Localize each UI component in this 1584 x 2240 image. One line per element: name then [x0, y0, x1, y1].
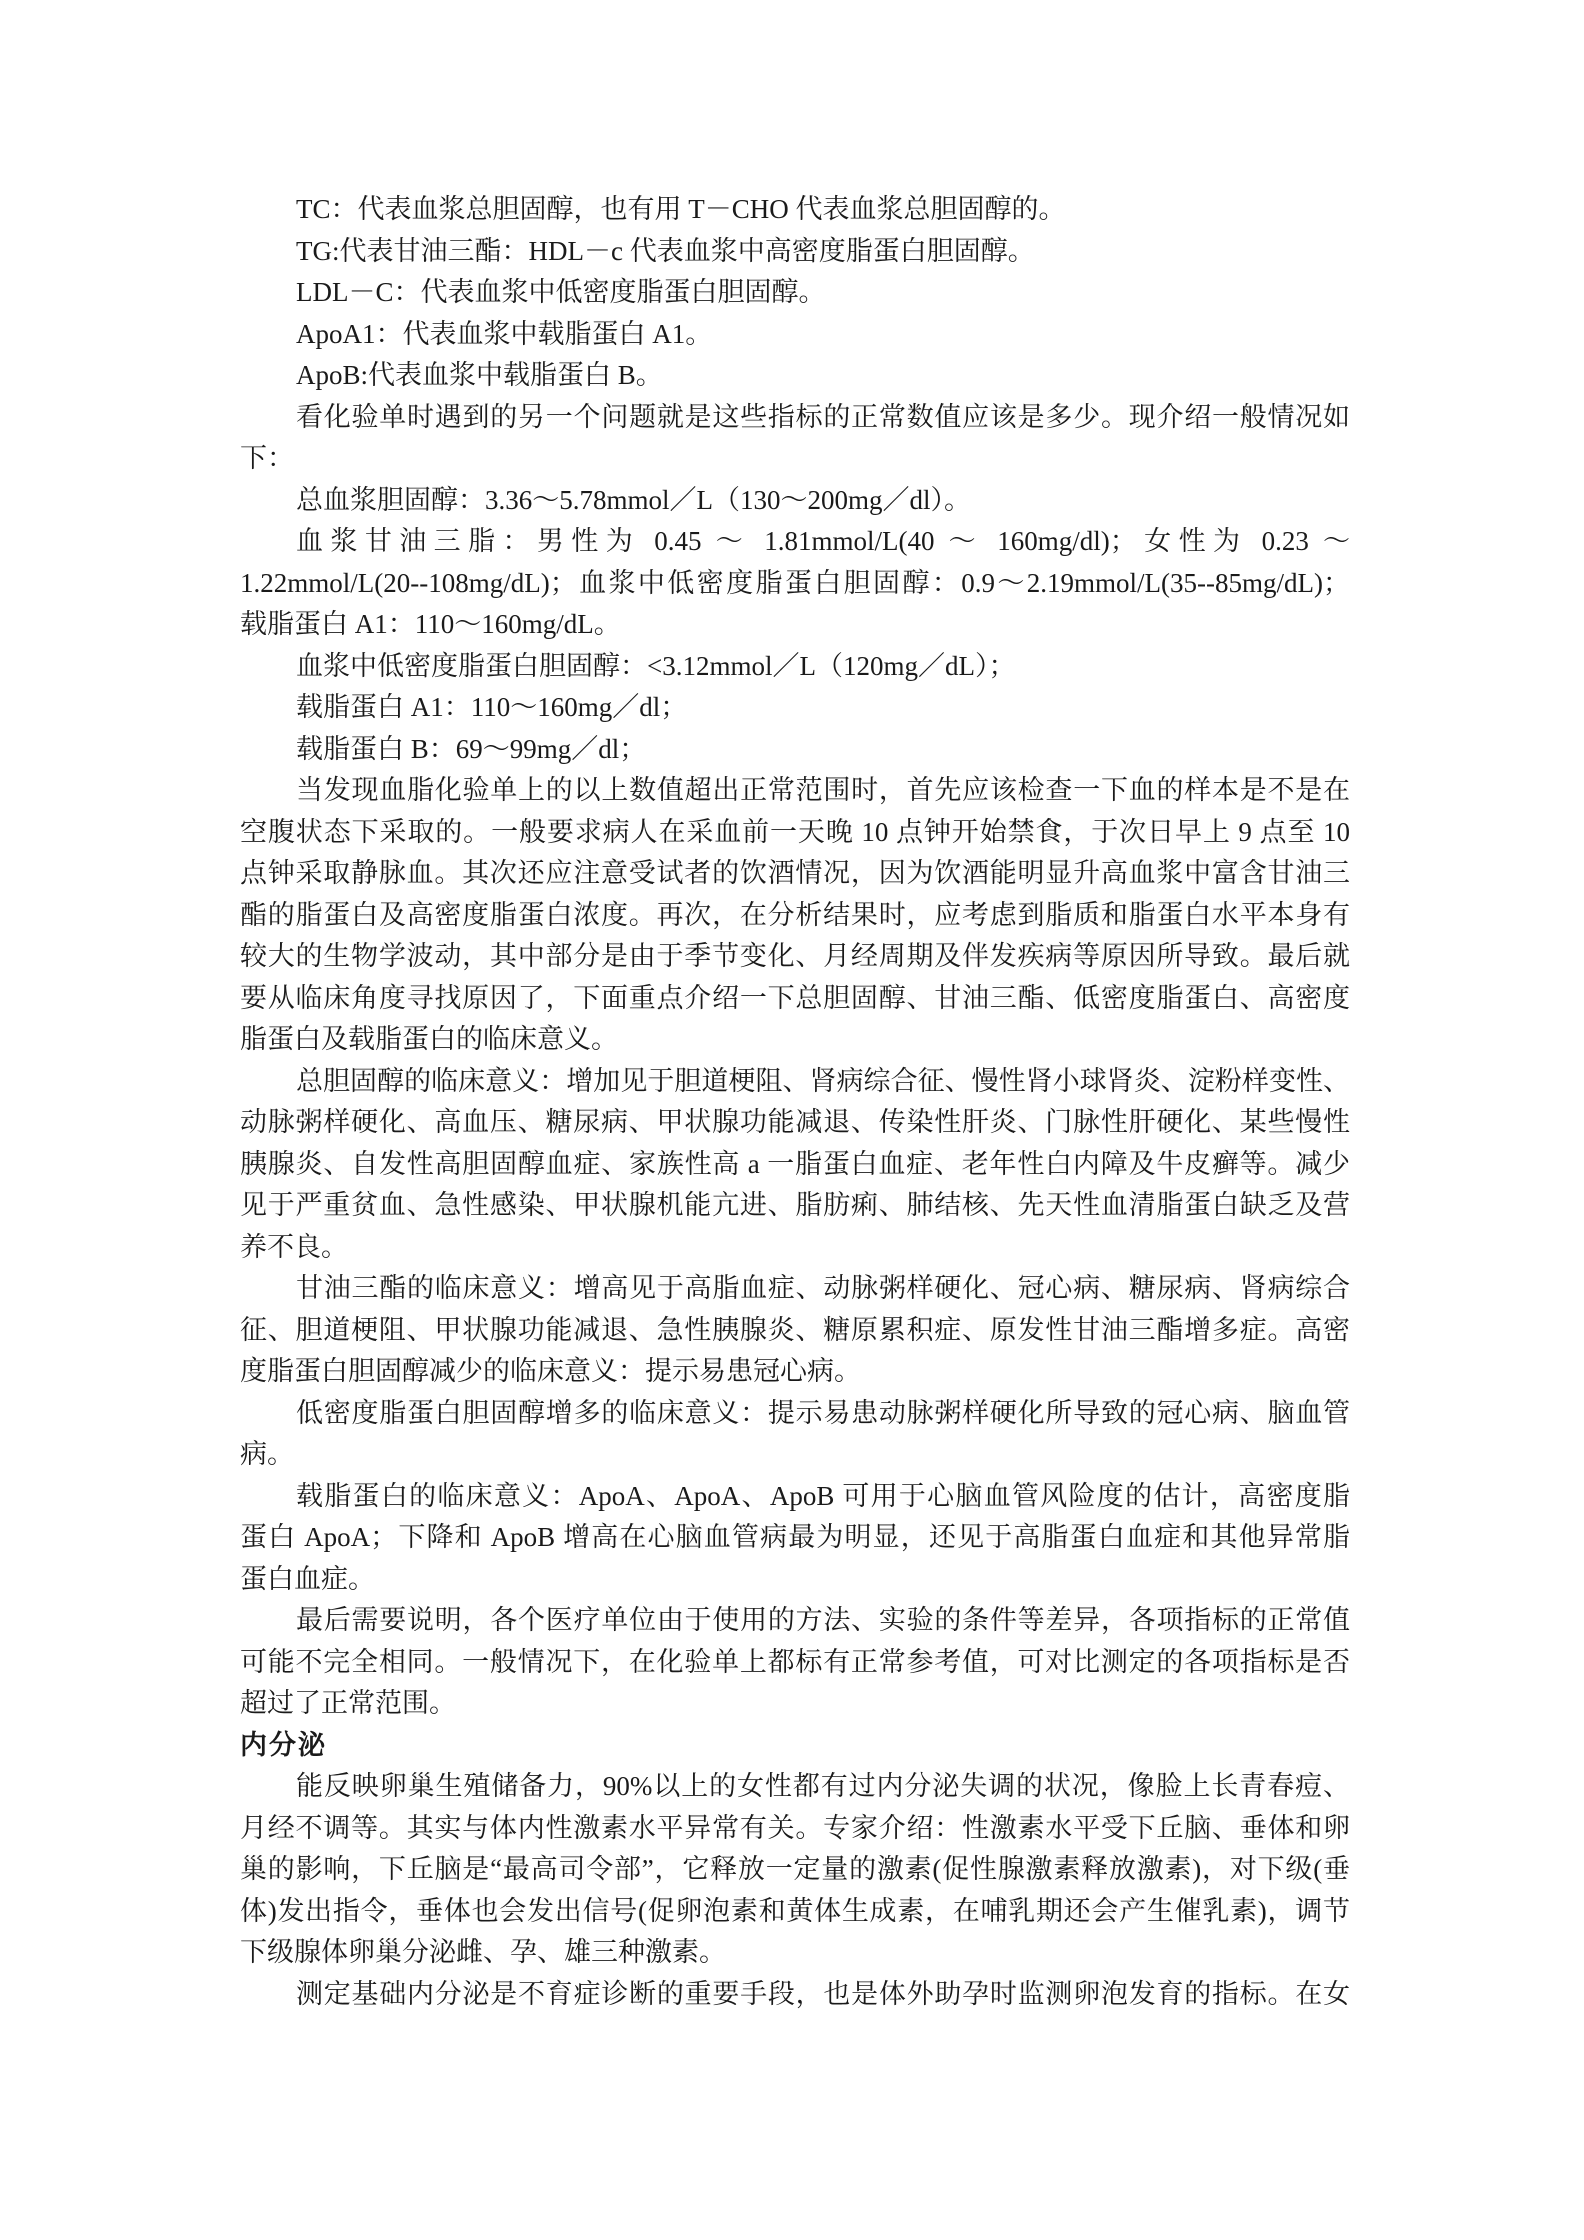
- text-line: 看化验单时遇到的另一个问题就是这些指标的正常数值应该是多少。现介绍一般情况如: [240, 397, 1350, 439]
- text-line: 可能不完全相同。一般情况下，在化验单上都标有正常参考值，可对比测定的各项指标是否: [240, 1642, 1350, 1684]
- text-line: 蛋白血症。: [240, 1559, 1350, 1601]
- text-line: ApoB:代表血浆中载脂蛋白 B。: [240, 355, 1350, 397]
- text-line: 巢的影响，下丘脑是“最高司令部”，它释放一定量的激素(促性腺激素释放激素)，对下…: [240, 1849, 1350, 1891]
- text-line: 病。: [240, 1434, 1350, 1476]
- text-line: TG:代表甘油三酯：HDL－c 代表血浆中高密度脂蛋白胆固醇。: [240, 231, 1350, 273]
- text-line: 度脂蛋白胆固醇减少的临床意义：提示易患冠心病。: [240, 1351, 1350, 1393]
- text-line: 见于严重贫血、急性感染、甲状腺机能亢进、脂肪痢、肺结核、先天性血清脂蛋白缺乏及营: [240, 1185, 1350, 1227]
- text-line: 能反映卵巢生殖储备力，90%以上的女性都有过内分泌失调的状况，像脸上长青春痘、: [240, 1766, 1350, 1808]
- text-line: 当发现血脂化验单上的以上数值超出正常范围时，首先应该检查一下血的样本是不是在: [240, 770, 1350, 812]
- text-line: 1.22mmol/L(20--108mg/dL)；血浆中低密度脂蛋白胆固醇：0.…: [240, 563, 1350, 605]
- text-line: 胰腺炎、自发性高胆固醇血症、家族性高 a 一脂蛋白血症、老年性白内障及牛皮癣等。…: [240, 1144, 1350, 1186]
- document-page: TC：代表血浆总胆固醇，也有用 T－CHO 代表血浆总胆固醇的。 TG:代表甘油…: [0, 0, 1584, 2240]
- text-line: 较大的生物学波动，其中部分是由于季节变化、月经周期及伴发疾病等原因所导致。最后就: [240, 936, 1350, 978]
- text-line: 甘油三酯的临床意义：增高见于高脂血症、动脉粥样硬化、冠心病、糖尿病、肾病综合: [240, 1268, 1350, 1310]
- text-line: 超过了正常范围。: [240, 1683, 1350, 1725]
- text-line: 血浆甘油三脂：男性为 0.45 ～ 1.81mmol/L(40 ～ 160mg/…: [240, 521, 1350, 563]
- text-line: 最后需要说明，各个医疗单位由于使用的方法、实验的条件等差异，各项指标的正常值: [240, 1600, 1350, 1642]
- text-line: 蛋白 ApoA；下降和 ApoB 增高在心脑血管病最为明显，还见于高脂蛋白血症和…: [240, 1517, 1350, 1559]
- text-line: 养不良。: [240, 1227, 1350, 1269]
- text-line: 总血浆胆固醇：3.36～5.78mmol／L（130～200mg／dl）。: [240, 480, 1350, 522]
- text-line: 下：: [240, 438, 1350, 480]
- text-line: 酯的脂蛋白及高密度脂蛋白浓度。再次，在分析结果时，应考虑到脂质和脂蛋白水平本身有: [240, 895, 1350, 937]
- text-line: 测定基础内分泌是不育症诊断的重要手段，也是体外助孕时监测卵泡发育的指标。在女: [240, 1974, 1350, 2016]
- text-line: 点钟采取静脉血。其次还应注意受试者的饮酒情况，因为饮酒能明显升高血浆中富含甘油三: [240, 853, 1350, 895]
- text-line: 月经不调等。其实与体内性激素水平异常有关。专家介绍：性激素水平受下丘脑、垂体和卵: [240, 1808, 1350, 1850]
- document-text-block: TC：代表血浆总胆固醇，也有用 T－CHO 代表血浆总胆固醇的。 TG:代表甘油…: [240, 189, 1350, 2015]
- text-line: TC：代表血浆总胆固醇，也有用 T－CHO 代表血浆总胆固醇的。: [240, 189, 1350, 231]
- text-line: 脂蛋白及载脂蛋白的临床意义。: [240, 1019, 1350, 1061]
- text-line: LDL－C：代表血浆中低密度脂蛋白胆固醇。: [240, 272, 1350, 314]
- text-line: 体)发出指令，垂体也会发出信号(促卵泡素和黄体生成素，在哺乳期还会产生催乳素)，…: [240, 1891, 1350, 1933]
- text-line: 低密度脂蛋白胆固醇增多的临床意义：提示易患动脉粥样硬化所导致的冠心病、脑血管: [240, 1393, 1350, 1435]
- text-line: 空腹状态下采取的。一般要求病人在采血前一天晚 10 点钟开始禁食，于次日早上 9…: [240, 812, 1350, 854]
- text-line: 下级腺体卵巢分泌雌、孕、雄三种激素。: [240, 1932, 1350, 1974]
- text-line: 载脂蛋白 B：69～99mg／dl；: [240, 729, 1350, 771]
- section-heading-endocrine: 内分泌: [240, 1725, 1350, 1767]
- text-line: 征、胆道梗阻、甲状腺功能减退、急性胰腺炎、糖原累积症、原发性甘油三酯增多症。高密: [240, 1310, 1350, 1352]
- text-line: 动脉粥样硬化、高血压、糖尿病、甲状腺功能减退、传染性肝炎、门脉性肝硬化、某些慢性: [240, 1102, 1350, 1144]
- text-line: 载脂蛋白 A1：110～160mg／dl；: [240, 687, 1350, 729]
- text-line: 总胆固醇的临床意义：增加见于胆道梗阻、肾病综合征、慢性肾小球肾炎、淀粉样变性、: [240, 1061, 1350, 1103]
- text-line: 要从临床角度寻找原因了，下面重点介绍一下总胆固醇、甘油三酯、低密度脂蛋白、高密度: [240, 978, 1350, 1020]
- text-line: 血浆中低密度脂蛋白胆固醇：<3.12mmol／L（120mg／dL）；: [240, 646, 1350, 688]
- text-line: 载脂蛋白的临床意义：ApoA、ApoA、ApoB 可用于心脑血管风险度的估计，高…: [240, 1476, 1350, 1518]
- text-line: ApoA1：代表血浆中载脂蛋白 A1。: [240, 314, 1350, 356]
- text-line: 载脂蛋白 A1：110～160mg/dL。: [240, 604, 1350, 646]
